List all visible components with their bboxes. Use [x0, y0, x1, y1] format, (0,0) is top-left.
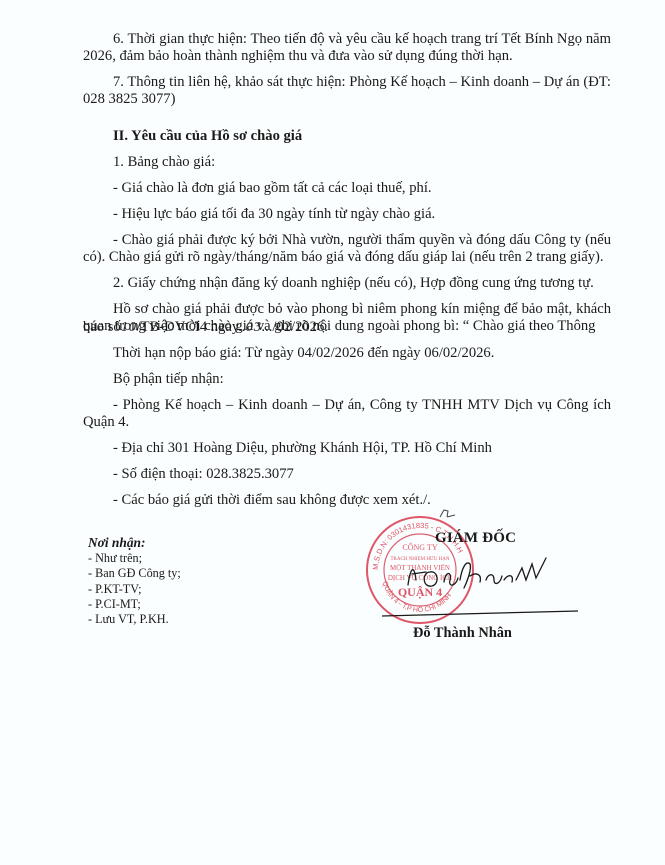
recipient-item: - P.CI-MT;: [88, 597, 181, 612]
paragraph-phone: - Số điện thoại: 028.3825.3077: [83, 466, 611, 483]
paragraph-validity: - Hiệu lực báo giá tối đa 30 ngày tính t…: [83, 206, 611, 223]
signer-name: Đỗ Thành Nhân: [413, 625, 512, 642]
paragraph-address: - Địa chỉ 301 Hoàng Diệu, phường Khánh H…: [83, 440, 611, 457]
recipient-item: - Lưu VT, P.KH.: [88, 612, 181, 627]
paragraph-certificate: 2. Giấy chứng nhận đăng ký doanh nghiệp …: [83, 275, 611, 292]
signer-title: GIÁM ĐỐC: [435, 530, 516, 547]
paragraph-quote-table: 1. Bảng chào giá:: [83, 154, 611, 171]
paragraph-department: - Phòng Kế hoạch – Kinh doanh – Dự án, C…: [83, 397, 611, 432]
recipient-item: - Như trên;: [88, 551, 181, 566]
section-heading: II. Yêu cầu của Hồ sơ chào giá: [83, 128, 611, 145]
notice-suffix: .../02/2026.: [261, 319, 327, 335]
document-page: 6. Thời gian thực hiện: Theo tiến độ và …: [0, 0, 665, 865]
notice-middle: /TB-DVCI4 ngày..: [137, 319, 246, 335]
recipients-list: Nơi nhận: - Như trên; - Ban GĐ Công ty; …: [88, 535, 181, 627]
handwritten-signature-icon: [400, 550, 560, 600]
paragraph-price-includes-tax: - Giá chào là đơn giá bao gồm tất cả các…: [83, 180, 611, 197]
recipients-title: Nơi nhận:: [88, 535, 181, 551]
signature-block: M.S.D.N: 0301431835 - C.T.N.H.H QUẬN 4 -…: [360, 510, 620, 650]
notice-reference: báo số10/TB-DVCI4 ngày..03.../02/2026.: [83, 318, 611, 336]
recipient-item: - P.KT-TV;: [88, 582, 181, 597]
handwritten-number: 10: [121, 319, 137, 334]
paragraph-timeline: 6. Thời gian thực hiện: Theo tiến độ và …: [83, 31, 611, 66]
paragraph-contact: 7. Thông tin liên hệ, khảo sát thực hiện…: [83, 74, 611, 109]
paragraph-receiving-dept: Bộ phận tiếp nhận:: [83, 371, 611, 388]
paragraph-late-quotes: - Các báo giá gửi thời điểm sau không đư…: [83, 492, 611, 509]
paragraph-deadline: Thời hạn nộp báo giá: Từ ngày 04/02/2026…: [83, 345, 611, 362]
signature-underline: [382, 610, 578, 618]
notice-prefix: báo số: [83, 319, 121, 335]
recipient-item: - Ban GĐ Công ty;: [88, 566, 181, 581]
paragraph-signing: - Chào giá phải được ký bởi Nhà vườn, ng…: [83, 232, 611, 267]
handwritten-day: 03: [246, 319, 262, 334]
